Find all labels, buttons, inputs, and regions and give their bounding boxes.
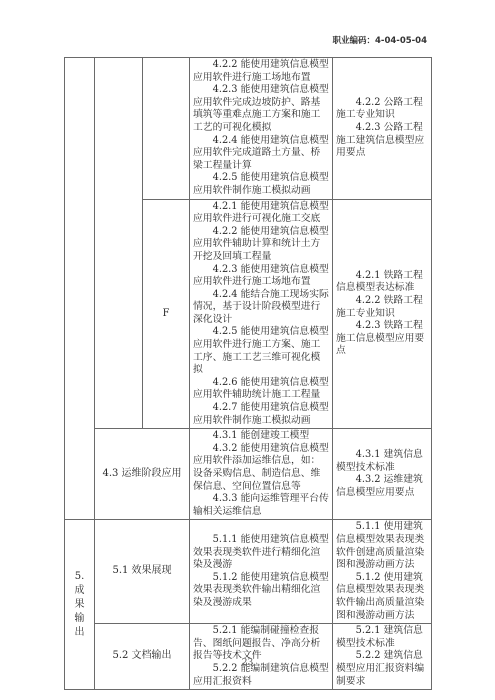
- skills-cell-f: 4.2.1 能使用建筑信息模型应用软件进行可视化施工交底 4.2.2 能使用建筑…: [190, 199, 333, 429]
- category-label-line: 5.: [68, 570, 91, 584]
- skill-item: 4.2.4 能结合施工现场实际情况，基于设计阶段模型进行深化设计: [193, 289, 329, 327]
- skill-item: 5.1.2 能使用建筑信息模型效果表现类软件输出精细化渲染及漫游成果: [193, 572, 329, 610]
- category-label-line: 果: [68, 598, 91, 612]
- knowledge-item: 5.1.2 使用建筑信息模型效果表现类软件输出高质量渲染图和漫游动画方法: [336, 572, 428, 622]
- unit-cell-4-3: 4.3 运维阶段应用: [95, 429, 190, 520]
- table-row-5-2: 5.2 文档输出 5.2.1 能编制碰撞检查报告、图纸问题报告、净高分析报告等技…: [65, 624, 432, 690]
- skill-item: 4.2.4 能使用建筑信息模型应用软件完成道路土方量、桥梁工程量计算: [193, 135, 329, 173]
- table-row-e: 4.2.2 能使用建筑信息模型应用软件进行施工场地布置 4.2.3 能使用建筑信…: [65, 58, 432, 200]
- knowledge-item: 4.2.3 铁路工程施工信息模型应用要点: [336, 320, 428, 358]
- category-label-line: 成: [68, 584, 91, 598]
- category-label-line: 输: [68, 612, 91, 626]
- job-code-header: 职业编码：4-04-05-04: [333, 34, 427, 46]
- skill-item: 4.2.3 能使用建筑信息模型应用软件进行施工场地布置: [193, 264, 329, 289]
- skill-item: 4.3.3 能向运维管理平台传输相关运维信息: [193, 493, 329, 518]
- category-label-line: 出: [68, 626, 91, 640]
- knowledge-item: 5.1.1 使用建筑信息模型效果表现类软件创建高质量渲染图和漫游动画方法: [336, 521, 428, 571]
- skills-cell-4-3: 4.3.1 能创建竣工模型 4.3.2 能使用建筑信息模型应用软件添加运维信息，…: [190, 429, 333, 520]
- knowledge-item: 4.2.3 公路工程施工建筑信息模型应用要点: [336, 122, 428, 160]
- knowledge-cell-5-2: 5.2.1 建筑信息模型技术标准 5.2.2 建筑信息模型应用汇报资料编制要求: [333, 624, 432, 690]
- skill-item: 4.2.7 能使用建筑信息模型应用软件制作施工模拟动画: [193, 402, 329, 427]
- knowledge-cell-4-3: 4.3.1 建筑信息模型技术标准 4.3.2 运维建筑信息模型应用要点: [333, 429, 432, 520]
- knowledge-item: 4.3.2 运维建筑信息模型应用要点: [336, 474, 428, 499]
- knowledge-item: 5.2.1 建筑信息模型技术标准: [336, 625, 428, 650]
- unit-cell-5-2: 5.2 文档输出: [95, 624, 190, 690]
- unit-cell-4-2: [95, 58, 143, 429]
- skills-cell-e: 4.2.2 能使用建筑信息模型应用软件进行施工场地布置 4.2.3 能使用建筑信…: [190, 58, 333, 200]
- skill-item: 4.2.2 能使用建筑信息模型应用软件进行施工场地布置: [193, 59, 329, 84]
- knowledge-cell-e: 4.2.2 公路工程施工专业知识 4.2.3 公路工程施工建筑信息模型应用要点: [333, 58, 432, 200]
- skill-item: 4.2.6 能使用建筑信息模型应用软件辅助统计施工工程量: [193, 377, 329, 402]
- page-number: 23: [0, 658, 495, 668]
- skill-item: 4.3.1 能创建竣工模型: [193, 430, 329, 443]
- knowledge-item: 4.2.1 铁路工程信息模型表达标准: [336, 270, 428, 295]
- unit-cell-5-1: 5.1 效果展现: [95, 520, 190, 624]
- skill-item: 4.2.1 能使用建筑信息模型应用软件进行可视化施工交底: [193, 201, 329, 226]
- table-row-4-3: 4.3 运维阶段应用 4.3.1 能创建竣工模型 4.3.2 能使用建筑信息模型…: [65, 429, 432, 520]
- level-cell-e: [143, 58, 190, 200]
- category-cell-4: [65, 58, 95, 520]
- skill-item: 4.2.2 能使用建筑信息模型应用软件辅助计算和统计土方开挖及回填工程量: [193, 226, 329, 264]
- knowledge-item: 4.2.2 铁路工程施工专业知识: [336, 295, 428, 320]
- knowledge-cell-f: 4.2.1 铁路工程信息模型表达标准 4.2.2 铁路工程施工专业知识 4.2.…: [333, 199, 432, 429]
- skill-standard-table: 4.2.2 能使用建筑信息模型应用软件进行施工场地布置 4.2.3 能使用建筑信…: [64, 57, 432, 690]
- level-cell-f: F: [143, 199, 190, 429]
- skill-item: 4.2.5 能使用建筑信息模型应用软件进行施工方案、施工工序、施工工艺三维可视化…: [193, 326, 329, 376]
- knowledge-cell-5-1: 5.1.1 使用建筑信息模型效果表现类软件创建高质量渲染图和漫游动画方法 5.1…: [333, 520, 432, 624]
- knowledge-item: 4.2.2 公路工程施工专业知识: [336, 97, 428, 122]
- skill-item: 4.3.2 能使用建筑信息模型应用软件添加运维信息，如：设备采购信息、制造信息、…: [193, 443, 329, 493]
- skills-cell-5-2: 5.2.1 能编制碰撞检查报告、图纸问题报告、净高分析报告等技术文件 5.2.2…: [190, 624, 333, 690]
- knowledge-item: 5.2.2 建筑信息模型应用汇报资料编制要求: [336, 650, 428, 688]
- knowledge-item: 4.3.1 建筑信息模型技术标准: [336, 449, 428, 474]
- skills-cell-5-1: 5.1.1 能使用建筑信息模型效果表现类软件进行精细化渲染及漫游 5.1.2 能…: [190, 520, 333, 624]
- skill-item: 4.2.3 能使用建筑信息模型应用软件完成边坡防护、路基填筑等重难点施工方案和施…: [193, 84, 329, 134]
- table-row-5-1: 5. 成 果 输 出 5.1 效果展现 5.1.1 能使用建筑信息模型效果表现类…: [65, 520, 432, 624]
- skill-item: 4.2.5 能使用建筑信息模型应用软件制作施工模拟动画: [193, 172, 329, 197]
- skill-item: 5.1.1 能使用建筑信息模型效果表现类软件进行精细化渲染及漫游: [193, 534, 329, 572]
